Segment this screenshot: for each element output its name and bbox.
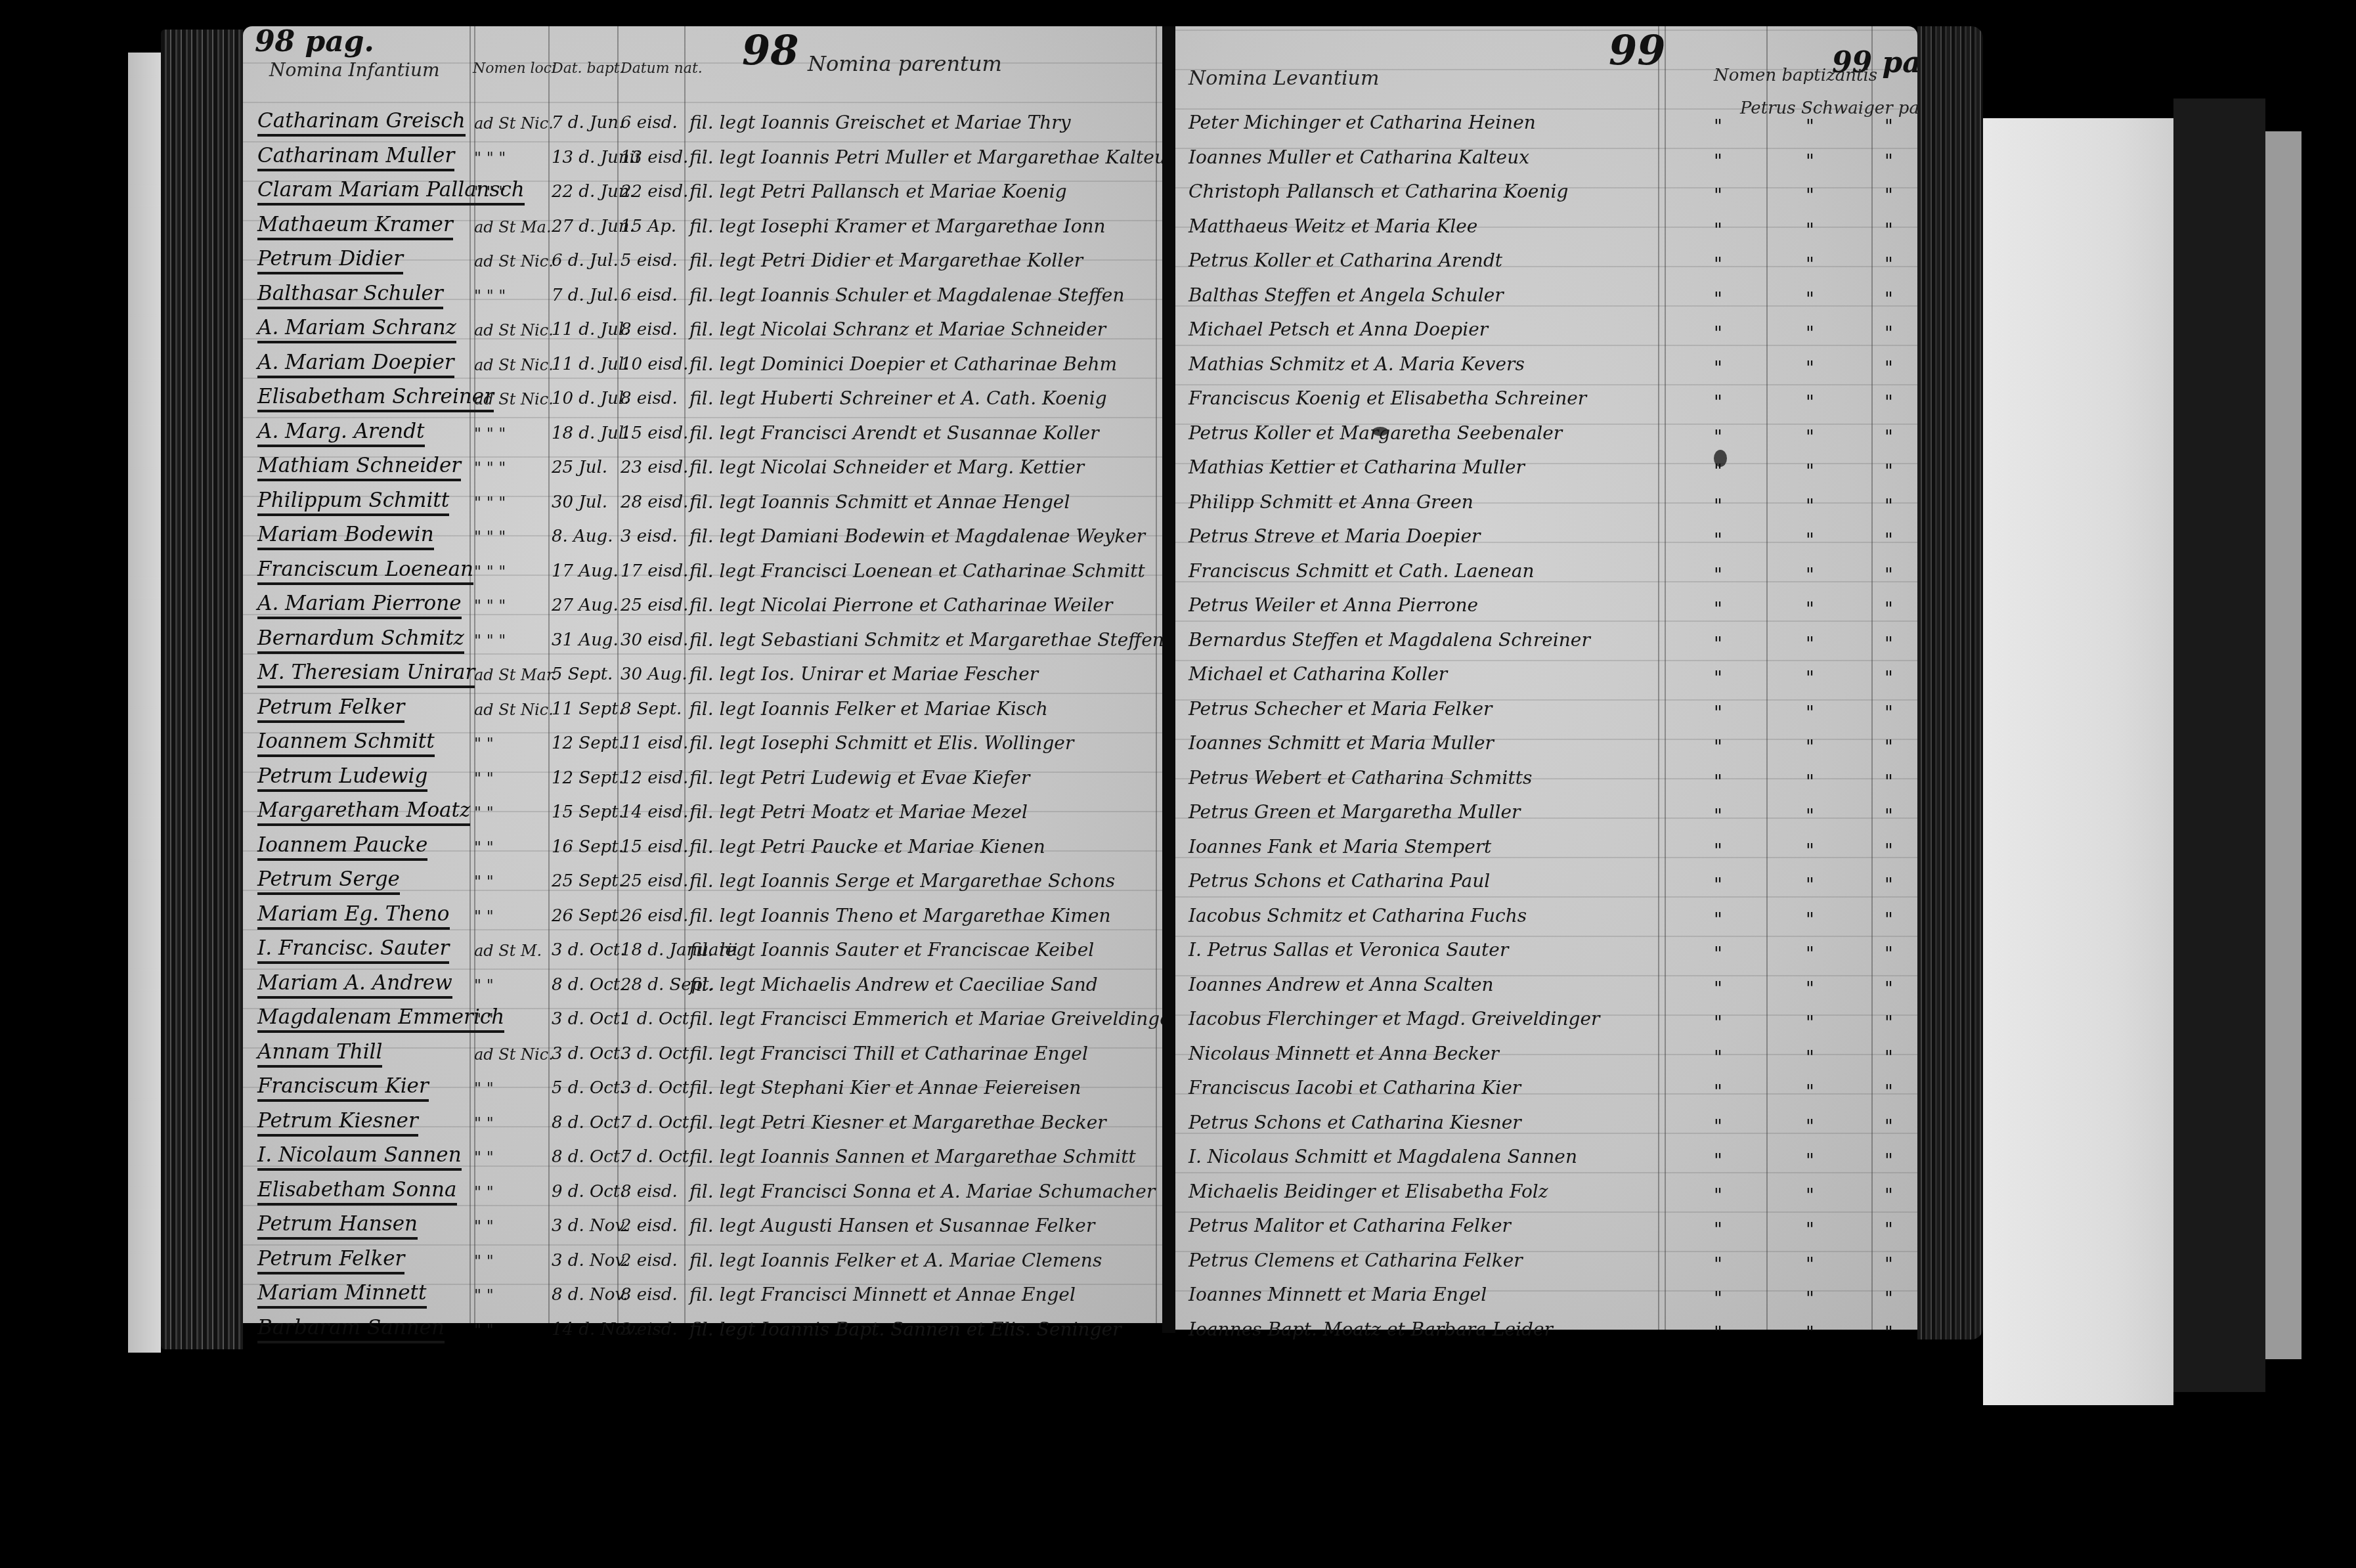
table-row: Petrus Weiler et Anna Pierrone""" <box>1175 588 1917 627</box>
birth-date: 7 d. Oct. <box>621 1147 695 1167</box>
parish: ad St Nic. <box>474 1045 554 1064</box>
baptism-date: 11 d. Jul. <box>552 355 629 374</box>
godparents: Mathias Kettier et Catharina Muller <box>1189 456 1525 478</box>
parish: " " " <box>474 494 506 512</box>
ditto-mark: " <box>1714 391 1722 413</box>
table-row: Catharinam Greischad St Nic.7 d. Jun.6 e… <box>243 105 1162 144</box>
child-name: A. Mariam Doepier <box>257 351 454 378</box>
child-name: Mariam Bodewin <box>257 523 434 550</box>
ditto-mark: " <box>1714 288 1722 310</box>
godparents: Petrus Koller et Catharina Arendt <box>1189 250 1502 271</box>
table-row: Petrus Green et Margaretha Muller""" <box>1175 795 1917 834</box>
ditto-mark: " <box>1885 805 1893 827</box>
baptism-date: 3 d. Oct. <box>552 1044 626 1064</box>
ditto-mark: " <box>1806 840 1814 861</box>
ditto-mark: " <box>1806 633 1814 655</box>
ditto-mark: " <box>1806 805 1814 827</box>
parish: " " <box>474 873 494 891</box>
parents: fil. legt Dominici Doepier et Catharinae… <box>689 353 1117 375</box>
birth-date: 15 Ap. <box>621 217 676 236</box>
header-baptism-date: Dat. bapt. <box>552 60 624 77</box>
baptism-date: 15 Sept. <box>552 802 624 822</box>
table-row: Bernardus Steffen et Magdalena Schreiner… <box>1175 622 1917 662</box>
godparents: Michael Petsch et Anna Doepier <box>1189 318 1488 340</box>
parish: ad St Mar. <box>474 666 557 684</box>
ditto-mark: " <box>1885 736 1893 758</box>
ditto-mark: " <box>1806 288 1814 310</box>
ditto-mark: " <box>1806 736 1814 758</box>
parish: " " <box>474 804 494 822</box>
parents: fil. legt Nicolai Pierrone et Catharinae… <box>689 594 1112 616</box>
ditto-mark: " <box>1885 1150 1893 1171</box>
table-row: Petrus Streve et Maria Doepier""" <box>1175 519 1917 558</box>
parish: ad St Nic. <box>474 701 554 719</box>
godparents: Ioannes Schmitt et Maria Muller <box>1189 732 1494 754</box>
table-row: Mariam Bodewin" " "8. Aug.3 eisd.fil. le… <box>243 519 1162 558</box>
parish: " " <box>474 1321 494 1339</box>
parish: " " <box>474 1217 494 1236</box>
birth-date: 15 eisd. <box>621 837 688 857</box>
header-parents: Nomina parentum <box>808 51 1002 76</box>
parents: fil. legt Ioannis Schuler et Magdalenae … <box>689 284 1124 306</box>
child-name: Petrum Felker <box>257 1247 404 1274</box>
ditto-mark: " <box>1806 253 1814 275</box>
godparents: Petrus Streve et Maria Doepier <box>1189 525 1481 547</box>
parish: " " " <box>474 287 506 305</box>
parish: ad St Nic. <box>474 321 554 339</box>
baptism-date: 7 d. Jun. <box>552 113 624 133</box>
parents: fil. legt Iosephi Schmitt et Elis. Wolli… <box>689 732 1074 754</box>
birth-date: 3 eisd. <box>621 1320 678 1339</box>
birth-date: 3 eisd. <box>621 527 678 546</box>
ditto-mark: " <box>1885 529 1893 551</box>
ditto-mark: " <box>1806 909 1814 930</box>
child-name: A. Mariam Pierrone <box>257 592 462 619</box>
table-row: Petrum Felkerad St Nic.11 Sept.8 Sept.fi… <box>243 691 1162 731</box>
child-name: Petrum Serge <box>257 867 400 895</box>
ditto-mark: " <box>1714 460 1722 482</box>
godparents: Petrus Schons et Catharina Kiesner <box>1189 1112 1521 1133</box>
birth-date: 30 Aug. <box>621 664 687 684</box>
ditto-mark: " <box>1806 460 1814 482</box>
birth-date: 25 eisd. <box>621 596 688 615</box>
parents: fil. legt Nicolai Schneider et Marg. Ket… <box>689 456 1084 478</box>
godparents: Franciscus Schmitt et Cath. Laenean <box>1189 560 1534 582</box>
table-row: Mathias Schmitz et A. Maria Kevers""" <box>1175 347 1917 386</box>
header-parish: Nomen loci <box>473 60 556 77</box>
godparents: Franciscus Koenig et Elisabetha Schreine… <box>1189 387 1586 409</box>
birth-date: 17 eisd. <box>621 561 688 581</box>
table-row: Petrum Didierad St Nic.6 d. Jul.5 eisd.f… <box>243 243 1162 282</box>
page-number-right: 99 <box>1609 26 1665 74</box>
ditto-mark: " <box>1885 1047 1893 1068</box>
birth-date: 11 eisd. <box>621 733 688 753</box>
godparents: Ioannes Bapt. Moatz et Barbara Leider <box>1189 1318 1553 1340</box>
table-row: Ioannem Schmitt" "12 Sept.11 eisd.fil. l… <box>243 726 1162 765</box>
child-name: Mariam Eg. Theno <box>257 902 450 930</box>
ditto-mark: " <box>1885 909 1893 930</box>
ditto-mark: " <box>1806 391 1814 413</box>
ditto-mark: " <box>1714 805 1722 827</box>
ditto-mark: " <box>1885 219 1893 241</box>
parents: fil. legt Petri Kiesner et Margarethae B… <box>689 1112 1106 1133</box>
birth-date: 6 eisd. <box>621 286 678 305</box>
table-row: Michael et Catharina Koller""" <box>1175 657 1917 696</box>
child-name: Petrum Didier <box>257 247 403 274</box>
birth-date: 25 eisd. <box>621 871 688 891</box>
ditto-mark: " <box>1885 391 1893 413</box>
table-row: Ioannes Muller et Catharina Kalteux""" <box>1175 140 1917 179</box>
baptism-date: 12 Sept. <box>552 733 624 753</box>
ditto-mark: " <box>1714 564 1722 586</box>
parish: " " <box>474 907 494 926</box>
birth-date: 8 Sept. <box>621 699 682 719</box>
baptism-date: 18 d. Jul. <box>552 424 629 443</box>
godparents: Matthaeus Weitz et Maria Klee <box>1189 215 1477 237</box>
table-row: A. Mariam Schranzad St Nic.11 d. Jul.8 e… <box>243 312 1162 351</box>
ditto-mark: " <box>1885 598 1893 620</box>
table-row: Philipp Schmitt et Anna Green""" <box>1175 485 1917 524</box>
child-name: Franciscum Kier <box>257 1074 429 1102</box>
parents: fil. legt Augusti Hansen et Susannae Fel… <box>689 1215 1095 1236</box>
birth-date: 3 d. Oct. <box>621 1078 695 1098</box>
birth-date: 8 eisd. <box>621 389 678 408</box>
birth-date: 10 eisd. <box>621 355 688 374</box>
godparents: Petrus Koller et Margaretha Seebenaler <box>1189 422 1562 444</box>
table-row: Petrum Kiesner" "8 d. Oct.7 d. Oct.fil. … <box>243 1105 1162 1144</box>
child-name: Elisabetham Sonna <box>257 1178 457 1206</box>
table-row: Mariam A. Andrew" "8 d. Oct.28 d. Sept.f… <box>243 967 1162 1007</box>
godparents: Petrus Weiler et Anna Pierrone <box>1189 594 1478 616</box>
table-row: Michaelis Beidinger et Elisabetha Folz""… <box>1175 1174 1917 1213</box>
baptism-date: 8 d. Nov. <box>552 1285 628 1305</box>
ditto-mark: " <box>1806 1012 1814 1034</box>
table-row: Franciscum Loenean" " "17 Aug.17 eisd.fi… <box>243 554 1162 593</box>
baptism-date: 12 Sept. <box>552 768 624 788</box>
table-row: Nicolaus Minnett et Anna Becker""" <box>1175 1036 1917 1076</box>
table-row: Catharinam Muller" " "13 d. Junii13 eisd… <box>243 140 1162 179</box>
ditto-mark: " <box>1885 150 1893 172</box>
ditto-mark: " <box>1714 702 1722 724</box>
godparents: Nicolaus Minnett et Anna Becker <box>1189 1043 1499 1064</box>
birth-date: 28 eisd. <box>621 492 688 512</box>
table-row: Petrus Koller et Catharina Arendt""" <box>1175 243 1917 282</box>
header-baptizer: Nomen baptizantis <box>1714 66 1877 85</box>
baptism-date: 17 Aug. <box>552 561 619 581</box>
ditto-mark: " <box>1806 1081 1814 1102</box>
baptism-date: 31 Aug. <box>552 630 619 650</box>
parents: fil. legt Ioannis Serge et Margarethae S… <box>689 870 1115 892</box>
parish: " " <box>474 735 494 753</box>
godparents: Mathias Schmitz et A. Maria Kevers <box>1189 353 1525 375</box>
baptism-date: 9 d. Oct. <box>552 1182 626 1202</box>
ditto-mark: " <box>1806 1253 1814 1275</box>
ditto-mark: " <box>1806 667 1814 689</box>
right-page: 99 99 pag. Nomina Levantium Nomen baptiz… <box>1175 26 1917 1330</box>
child-name: Barbaram Sannen <box>257 1316 445 1343</box>
ditto-mark: " <box>1885 460 1893 482</box>
ditto-mark: " <box>1885 116 1893 137</box>
godparents: Iacobus Flerchinger et Magd. Greivelding… <box>1189 1008 1600 1030</box>
parents: fil. legt Ioannis Schmitt et Annae Henge… <box>689 491 1070 513</box>
parish: " " " <box>474 563 506 581</box>
ditto-mark: " <box>1885 1322 1893 1344</box>
table-row: Peter Michinger et Catharina Heinen""" <box>1175 105 1917 144</box>
table-row: Mathaeum Kramerad St Ma.27 d. Jun.15 Ap.… <box>243 209 1162 248</box>
baptism-date: 30 Jul. <box>552 492 607 512</box>
godparents: Iacobus Schmitz et Catharina Fuchs <box>1189 905 1527 926</box>
ditto-mark: " <box>1714 1288 1722 1309</box>
ditto-mark: " <box>1806 771 1814 793</box>
ditto-mark: " <box>1885 288 1893 310</box>
parents: fil. legt Francisci Emmerich et Mariae G… <box>689 1008 1179 1030</box>
parents: fil. legt Ioannis Felker et Mariae Kisch <box>689 698 1048 720</box>
book-gutter <box>1162 26 1175 1333</box>
child-name: Petrum Ludewig <box>257 764 427 792</box>
parents: fil. legt Ioannis Sannen et Margarethae … <box>689 1146 1136 1167</box>
table-row: Petrus Koller et Margaretha Seebenaler""… <box>1175 416 1917 455</box>
table-row: Elisabetham Schreinerad St Nic.10 d. Jul… <box>243 381 1162 420</box>
ditto-mark: " <box>1885 943 1893 965</box>
baptism-date: 3 d. Nov. <box>552 1216 628 1236</box>
parents: fil. legt Francisci Minnett et Annae Eng… <box>689 1284 1076 1305</box>
godparents: Ioannes Fank et Maria Stempert <box>1189 836 1491 858</box>
ditto-mark: " <box>1885 1219 1893 1240</box>
ditto-mark: " <box>1885 978 1893 999</box>
table-row: I. Francisc. Sauterad St M.3 d. Oct.18 d… <box>243 932 1162 972</box>
ditto-mark: " <box>1714 1185 1722 1206</box>
ditto-mark: " <box>1806 978 1814 999</box>
ditto-mark: " <box>1714 978 1722 999</box>
godparents: Balthas Steffen et Angela Schuler <box>1189 284 1504 306</box>
godparents: Franciscus Iacobi et Catharina Kier <box>1189 1077 1521 1099</box>
baptism-date: 10 d. Jul. <box>552 389 629 408</box>
parents: fil. legt Petri Paucke et Mariae Kienen <box>689 836 1045 858</box>
left-cover-edge <box>128 53 161 1353</box>
parents: fil. legt Ioannis Theno et Margarethae K… <box>689 905 1111 926</box>
child-name: A. Mariam Schranz <box>257 316 456 343</box>
table-row: Bernardum Schmitz" " "31 Aug.30 eisd.fil… <box>243 622 1162 662</box>
child-name: Petrum Kiesner <box>257 1109 418 1137</box>
baptism-date: 8 d. Oct. <box>552 1147 626 1167</box>
parents: fil. legt Petri Moatz et Mariae Mezel <box>689 801 1028 823</box>
ditto-mark: " <box>1806 598 1814 620</box>
godparents: Petrus Schecher et Maria Felker <box>1189 698 1493 720</box>
child-name: Catharinam Muller <box>257 144 454 171</box>
child-name: Ioannem Schmitt <box>257 730 435 757</box>
ditto-mark: " <box>1806 426 1814 448</box>
parish: " " <box>474 1183 494 1202</box>
parents: fil. legt Sebastiani Schmitz et Margaret… <box>689 629 1164 651</box>
birth-date: 8 eisd. <box>621 1182 678 1202</box>
ditto-mark: " <box>1714 1116 1722 1137</box>
parish: " " " <box>474 149 506 167</box>
parents: fil. legt Stephani Kier et Annae Feierei… <box>689 1077 1081 1099</box>
parish: " " " <box>474 459 506 477</box>
ditto-mark: " <box>1714 667 1722 689</box>
ditto-mark: " <box>1806 219 1814 241</box>
table-row: Iacobus Flerchinger et Magd. Greivelding… <box>1175 1001 1917 1041</box>
child-name: Balthasar Schuler <box>257 282 443 309</box>
table-row: Margaretham Moatz" "15 Sept.14 eisd.fil.… <box>243 795 1162 834</box>
left-page-stack <box>161 30 243 1349</box>
birth-date: 7 d. Oct. <box>621 1113 695 1133</box>
ditto-mark: " <box>1714 633 1722 655</box>
child-name: Philippum Schmitt <box>257 489 449 516</box>
table-row: Balthasar Schuler" " "7 d. Jul.6 eisd.fi… <box>243 278 1162 317</box>
baptism-date: 8 d. Oct. <box>552 975 626 995</box>
table-row: Balthas Steffen et Angela Schuler""" <box>1175 278 1917 317</box>
table-row: Christoph Pallansch et Catharina Koenig"… <box>1175 174 1917 213</box>
birth-date: 2 eisd. <box>621 1251 678 1271</box>
table-row: Petrus Webert et Catharina Schmitts""" <box>1175 760 1917 800</box>
right-page-stack <box>1917 26 1983 1339</box>
page-stamp-left: 98 pag. <box>255 25 374 58</box>
parish: ad St Nic. <box>474 390 554 408</box>
ditto-mark: " <box>1806 702 1814 724</box>
table-row: Elisabetham Sonna" "9 d. Oct.8 eisd.fil.… <box>243 1174 1162 1213</box>
table-row: Mathiam Schneider" " "25 Jul.23 eisd.fil… <box>243 450 1162 489</box>
parents: fil. legt Francisci Loenean et Catharina… <box>689 560 1145 582</box>
birth-date: 1 d. Oct. <box>621 1009 695 1029</box>
table-row: I. Nicolaus Schmitt et Magdalena Sannen"… <box>1175 1139 1917 1179</box>
parish: " " " <box>474 528 506 546</box>
ditto-mark: " <box>1806 495 1814 517</box>
parish: " " <box>474 838 494 857</box>
godparents: Peter Michinger et Catharina Heinen <box>1189 112 1536 133</box>
header-godparents: Nomina Levantium <box>1189 67 1379 90</box>
parents: fil. legt Ioannis Felker et A. Mariae Cl… <box>689 1250 1102 1271</box>
table-row: Ioannem Paucke" "16 Sept.15 eisd.fil. le… <box>243 829 1162 869</box>
ditto-mark: " <box>1885 253 1893 275</box>
baptism-date: 3 d. Oct. <box>552 940 626 960</box>
parents: fil. legt Petri Pallansch et Mariae Koen… <box>689 181 1067 202</box>
table-row: Petrus Schecher et Maria Felker""" <box>1175 691 1917 731</box>
ditto-mark: " <box>1714 185 1722 206</box>
child-name: Mathaeum Kramer <box>257 213 453 240</box>
baptism-date: 3 d. Nov. <box>552 1251 628 1271</box>
child-name: Margaretham Moatz <box>257 798 470 826</box>
ditto-mark: " <box>1885 357 1893 379</box>
parish: ad St Nic. <box>474 356 554 374</box>
ditto-mark: " <box>1714 322 1722 344</box>
godparents: Ioannes Muller et Catharina Kalteux <box>1189 146 1529 168</box>
godparents: Ioannes Minnett et Maria Engel <box>1189 1284 1487 1305</box>
table-row: A. Mariam Pierrone" " "27 Aug.25 eisd.fi… <box>243 588 1162 627</box>
parish: ad St Ma. <box>474 218 552 236</box>
ditto-mark: " <box>1806 564 1814 586</box>
baptism-date: 8. Aug. <box>552 527 613 546</box>
birth-date: 3 d. Oct. <box>621 1044 695 1064</box>
table-row: Claram Mariam Pallansch" " "22 d. Jun.22… <box>243 174 1162 213</box>
child-name: Petrum Felker <box>257 695 404 723</box>
ditto-mark: " <box>1885 495 1893 517</box>
parish: " " " <box>474 425 506 443</box>
child-name: Mariam A. Andrew <box>257 971 452 999</box>
godparents: Philipp Schmitt et Anna Green <box>1189 491 1473 513</box>
parents: fil. legt Ioannis Petri Muller et Margar… <box>689 146 1177 168</box>
table-row: Ioannes Schmitt et Maria Muller""" <box>1175 726 1917 765</box>
parish: " " <box>474 976 494 995</box>
parents: fil. legt Ioannis Sauter et Franciscae K… <box>689 939 1094 961</box>
ditto-mark: " <box>1885 1288 1893 1309</box>
table-row: Iacobus Schmitz et Catharina Fuchs""" <box>1175 898 1917 938</box>
parents: fil. legt Petri Didier et Margarethae Ko… <box>689 250 1083 271</box>
baptism-date: 26 Sept. <box>552 906 624 926</box>
ditto-mark: " <box>1806 874 1814 896</box>
table-row: I. Petrus Sallas et Veronica Sauter""" <box>1175 932 1917 972</box>
parish: ad St Nic. <box>474 252 554 271</box>
ditto-mark: " <box>1806 1047 1814 1068</box>
baptism-date: 8 d. Oct. <box>552 1113 626 1133</box>
parents: fil. legt Iosephi Kramer et Margarethae … <box>689 215 1106 237</box>
parish: " " <box>474 1148 494 1167</box>
ditto-mark: " <box>1885 874 1893 896</box>
baptism-date: 3 d. Oct. <box>552 1009 626 1029</box>
parish: ad St Nic. <box>474 114 554 133</box>
table-row: M. Theresiam Unirarad St Mar.5 Sept.30 A… <box>243 657 1162 696</box>
ditto-mark: " <box>1885 1081 1893 1102</box>
birth-date: 2 eisd. <box>621 1216 678 1236</box>
parents: fil. legt Huberti Schreiner et A. Cath. … <box>689 387 1107 409</box>
baptism-date: 7 d. Jul. <box>552 286 619 305</box>
parents: fil. legt Ioannis Bapt. Sannen et Elis. … <box>689 1318 1122 1340</box>
ditto-mark: " <box>1806 1150 1814 1171</box>
parents: fil. legt Petri Ludewig et Evae Kiefer <box>689 767 1030 789</box>
parish: " " <box>474 1011 494 1029</box>
table-row: Franciscum Kier" "5 d. Oct.3 d. Oct.fil.… <box>243 1070 1162 1110</box>
parish: " " " <box>474 597 506 615</box>
birth-date: 23 eisd. <box>621 458 688 477</box>
table-row: Ioannes Bapt. Moatz et Barbara Leider""" <box>1175 1312 1917 1351</box>
ditto-mark: " <box>1714 771 1722 793</box>
table-row: A. Mariam Doepierad St Nic.11 d. Jul.10 … <box>243 347 1162 386</box>
birth-date: 8 eisd. <box>621 1285 678 1305</box>
godparents: I. Petrus Sallas et Veronica Sauter <box>1189 939 1508 961</box>
table-row: Franciscus Iacobi et Catharina Kier""" <box>1175 1070 1917 1110</box>
godparents: Ioannes Andrew et Anna Scalten <box>1189 974 1494 995</box>
parents: fil. legt Nicolai Schranz et Mariae Schn… <box>689 318 1106 340</box>
parents: fil. legt Michaelis Andrew et Caeciliae … <box>689 974 1098 995</box>
parish: ad St M. <box>474 942 542 960</box>
ditto-mark: " <box>1806 943 1814 965</box>
ditto-mark: " <box>1806 1116 1814 1137</box>
table-row: I. Nicolaum Sannen" "8 d. Oct.7 d. Oct.f… <box>243 1139 1162 1179</box>
birth-date: 5 eisd. <box>621 251 678 271</box>
table-row: Petrus Malitor et Catharina Felker""" <box>1175 1208 1917 1248</box>
godparents: Petrus Schons et Catharina Paul <box>1189 870 1490 892</box>
table-row: Ioannes Minnett et Maria Engel""" <box>1175 1277 1917 1317</box>
ditto-mark: " <box>1885 1253 1893 1275</box>
ditto-mark: " <box>1714 1150 1722 1171</box>
parish: " " " <box>474 183 506 202</box>
parents: fil. legt Francisci Arendt et Susannae K… <box>689 422 1099 444</box>
table-row: Franciscus Schmitt et Cath. Laenean""" <box>1175 554 1917 593</box>
child-name: Annam Thill <box>257 1040 382 1068</box>
table-row: Barbaram Sannen" "14 d. Nov.3 eisd.fil. … <box>243 1312 1162 1351</box>
godparents: Christoph Pallansch et Catharina Koenig <box>1189 181 1568 202</box>
child-name: Franciscum Loenean <box>257 557 473 585</box>
baptism-date: 11 Sept. <box>552 699 624 719</box>
child-name: I. Francisc. Sauter <box>257 936 449 964</box>
child-name: A. Marg. Arendt <box>257 420 425 447</box>
ditto-mark: " <box>1885 840 1893 861</box>
ditto-mark: " <box>1806 357 1814 379</box>
baptism-date: 11 d. Jul. <box>552 320 629 339</box>
table-row: Mariam Minnett" "8 d. Nov.8 eisd.fil. le… <box>243 1277 1162 1317</box>
ditto-mark: " <box>1806 1322 1814 1344</box>
ditto-mark: " <box>1714 909 1722 930</box>
